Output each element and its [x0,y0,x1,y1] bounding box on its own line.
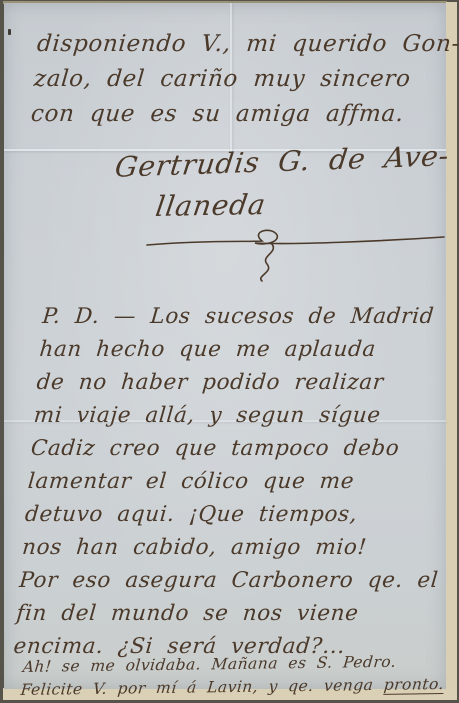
postscript-line: mi viaje allá, y segun sígue [32,399,454,432]
postscript-line: han hecho que me aplauda [38,333,459,366]
postscript-line: fin del mundo se nos viene [15,597,437,630]
closing-line: con que es su amiga affma. [29,97,455,132]
underlined-word: pronto. [383,675,445,695]
ink-speck [8,29,11,35]
signature-name-line: llaneda [154,188,269,223]
letter-page: disponiendo V., mi querido Gon- zalo, de… [4,3,446,689]
signature-rubric-flourish-icon [144,225,449,285]
postscript-line: de no haber podido realizar [35,366,457,399]
postscript-line: P. D. — Los sucesos de Madrid [41,300,459,333]
photograph-frame: disponiendo V., mi querido Gon- zalo, de… [0,0,459,703]
postscript-line: lamentar el cólico que me [27,465,449,498]
postscript-line: Cadiz creo que tampoco debo [29,432,451,465]
closing-line: disponiendo V., mi querido Gon- [36,27,459,62]
addendum-line-text: Felicite V. por mí á Lavin, y qe. venga [20,676,385,699]
postscript-line: detuvo aqui. ¡Que tiempos, [24,498,446,531]
postscript-paragraph: P. D. — Los sucesos de Madrid han hecho … [12,300,459,663]
closing-paragraph: disponiendo V., mi querido Gon- zalo, de… [29,27,459,132]
postscript-line: Por eso asegura Carbonero qe. el [18,564,440,597]
closing-line: zalo, del cariño muy sincero [32,62,458,97]
postscript-addendum: Ah! se me olvidaba. Mañana es S. Pedro. … [20,650,448,702]
postscript-line: nos han cabido, amigo mio! [21,531,443,564]
signature-name-line: Gertrudis G. de Ave- [113,139,451,184]
